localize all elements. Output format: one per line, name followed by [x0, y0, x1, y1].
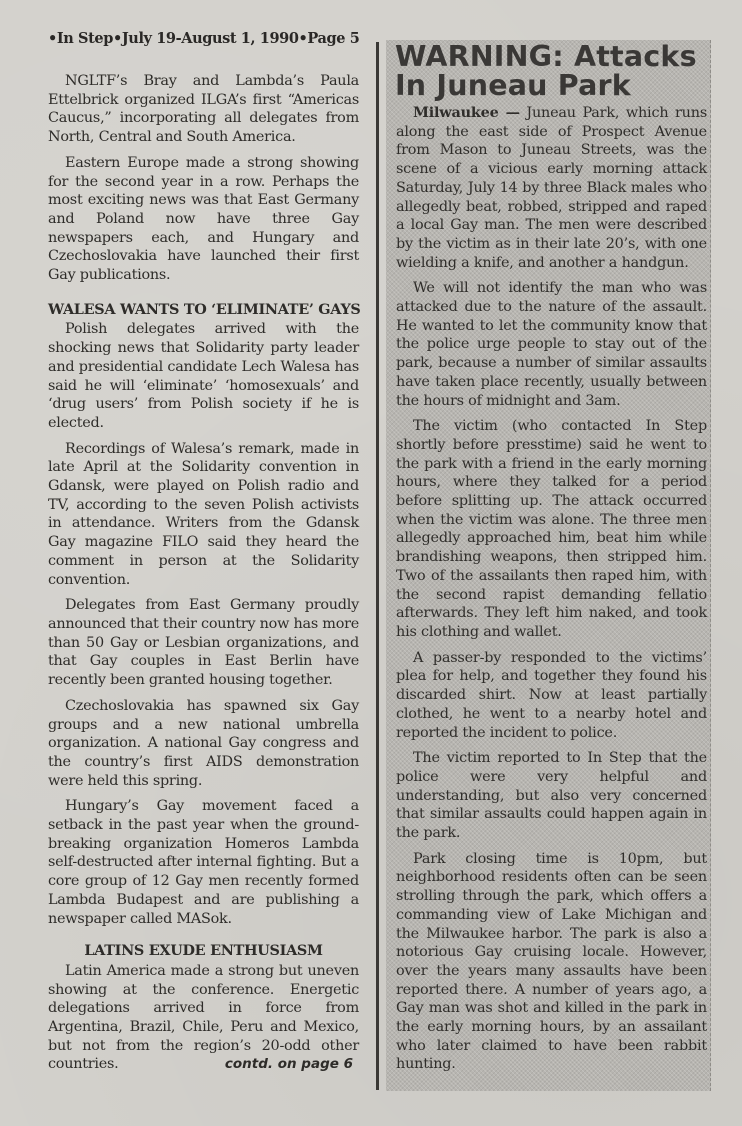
paragraph: A passer-by responded to the victims’ pl…	[396, 649, 707, 743]
subhead-walesa: WALESA WANTS TO ‘ELIMINATE’ GAYS	[48, 301, 359, 320]
warning-sidebar-box: WARNING: Attacks In Juneau Park Milwauke…	[386, 40, 711, 1091]
lead-paragraph: Milwaukee — Juneau Park, which runs alon…	[396, 104, 707, 272]
paragraph: Delegates from East Germany proudly anno…	[48, 596, 359, 690]
paragraph: Czechoslovakia has spawned six Gay group…	[48, 697, 359, 791]
paragraph: Polish delegates arrived with the shocki…	[48, 320, 359, 432]
paragraph: Park closing time is 10pm, but neighborh…	[396, 850, 707, 1074]
lead-text: Juneau Park, which runs along the east s…	[396, 105, 707, 271]
paragraph: Eastern Europe made a strong showing for…	[48, 154, 359, 285]
dateline: Milwaukee —	[413, 104, 520, 121]
paragraph: We will not identify the man who was att…	[396, 279, 707, 410]
paragraph: Hungary’s Gay movement faced a setback i…	[48, 797, 359, 928]
column-rule	[376, 42, 379, 1090]
paragraph: NGLTF’s Bray and Lambda’s Paula Ettelbri…	[48, 72, 359, 147]
left-column-article: NGLTF’s Bray and Lambda’s Paula Ettelbri…	[48, 72, 359, 1081]
subhead-latins: LATINS EXUDE ENTHUSIASM	[48, 942, 359, 961]
sidebar-body: Milwaukee — Juneau Park, which runs alon…	[396, 104, 707, 1081]
page-folio: •In Step•July 19-August 1, 1990•Page 5	[48, 30, 359, 47]
continued-jump-line: contd. on page 6	[208, 1055, 353, 1074]
sidebar-headline: WARNING: Attacks In Juneau Park	[395, 42, 707, 100]
paragraph: The victim (who contacted In Step shortl…	[396, 417, 707, 641]
newspaper-page: •In Step•July 19-August 1, 1990•Page 5 N…	[0, 0, 742, 1126]
paragraph: Recordings of Walesa’s remark, made in l…	[48, 440, 359, 590]
paragraph: The victim reported to In Step that the …	[396, 749, 707, 843]
paragraph: Latin America made a strong but uneven s…	[48, 962, 359, 1074]
